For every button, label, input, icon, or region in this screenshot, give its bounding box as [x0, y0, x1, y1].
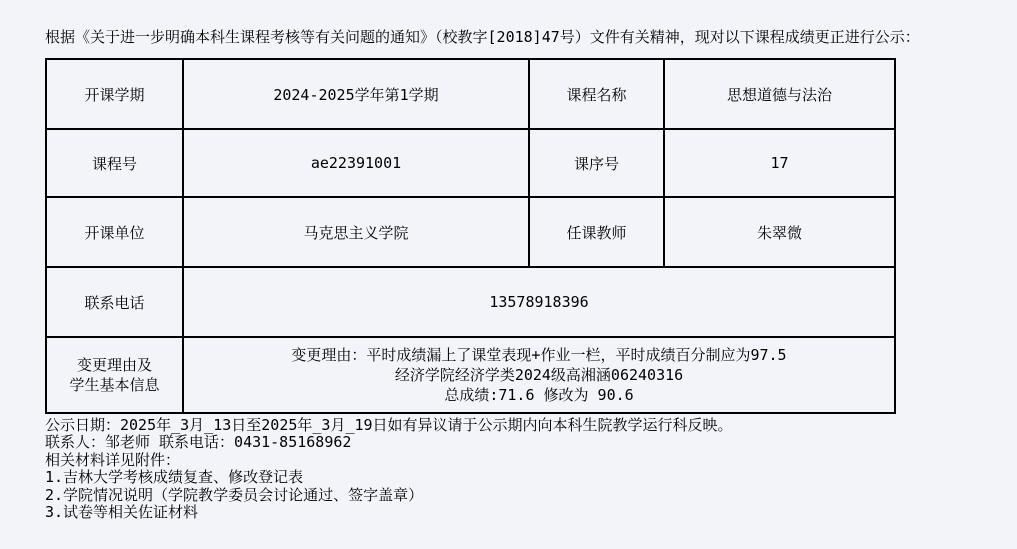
publicity-date-line: 公示日期：2025年_3月_13日至2025年_3月_19日如有异议请于公示期内…	[45, 417, 1017, 434]
notice-footer: 公示日期：2025年_3月_13日至2025年_3月_19日如有异议请于公示期内…	[45, 417, 1017, 521]
attachment-item-3: 3.试卷等相关佐证材料	[45, 504, 1017, 521]
label-reason-line2: 学生基本信息	[47, 375, 182, 395]
contact-person-line: 联系人：邹老师 联系电话：0431-85168962	[45, 434, 1017, 451]
label-semester: 开课学期	[46, 59, 183, 129]
label-teacher: 任课教师	[529, 197, 664, 267]
reason-line-score-change: 总成绩:71.6 修改为 90.6	[184, 385, 894, 405]
value-course-number: ae22391001	[183, 129, 529, 197]
value-department: 马克思主义学院	[183, 197, 529, 267]
attachment-item-2: 2.学院情况说明（学院教学委员会讨论通过、签字盖章）	[45, 487, 1017, 504]
attachments-intro-line: 相关材料详见附件：	[45, 452, 1017, 469]
table-row-course-number: 课程号 ae22391001 课序号 17	[46, 129, 895, 197]
label-reason: 变更理由及 学生基本信息	[46, 337, 183, 413]
table-row-reason: 变更理由及 学生基本信息 变更理由：平时成绩漏上了课堂表现+作业一栏，平时成绩百…	[46, 337, 895, 413]
label-section-number: 课序号	[529, 129, 664, 197]
value-course-name: 思想道德与法治	[664, 59, 895, 129]
attachment-item-1: 1.吉林大学考核成绩复查、修改登记表	[45, 469, 1017, 486]
value-contact-phone: 13578918396	[183, 267, 895, 337]
label-department: 开课单位	[46, 197, 183, 267]
value-semester: 2024-2025学年第1学期	[183, 59, 529, 129]
notice-page: 根据《关于进一步明确本科生课程考核等有关问题的通知》（校教字[2018]47号）…	[0, 0, 1017, 521]
label-reason-line1: 变更理由及	[47, 355, 182, 375]
table-row-phone: 联系电话 13578918396	[46, 267, 895, 337]
notice-intro-paragraph: 根据《关于进一步明确本科生课程考核等有关问题的通知》（校教字[2018]47号）…	[45, 28, 925, 47]
reason-line-detail: 变更理由：平时成绩漏上了课堂表现+作业一栏，平时成绩百分制应为97.5	[184, 345, 894, 365]
grade-change-table: 开课学期 2024-2025学年第1学期 课程名称 思想道德与法治 课程号 ae…	[45, 58, 896, 414]
value-reason: 变更理由：平时成绩漏上了课堂表现+作业一栏，平时成绩百分制应为97.5 经济学院…	[183, 337, 895, 413]
value-section-number: 17	[664, 129, 895, 197]
table-row-semester: 开课学期 2024-2025学年第1学期 课程名称 思想道德与法治	[46, 59, 895, 129]
label-course-name: 课程名称	[529, 59, 664, 129]
label-contact-phone: 联系电话	[46, 267, 183, 337]
label-course-number: 课程号	[46, 129, 183, 197]
value-teacher: 朱翠微	[664, 197, 895, 267]
reason-line-student: 经济学院经济学类2024级高湘涵06240316	[184, 365, 894, 385]
table-row-department: 开课单位 马克思主义学院 任课教师 朱翠微	[46, 197, 895, 267]
